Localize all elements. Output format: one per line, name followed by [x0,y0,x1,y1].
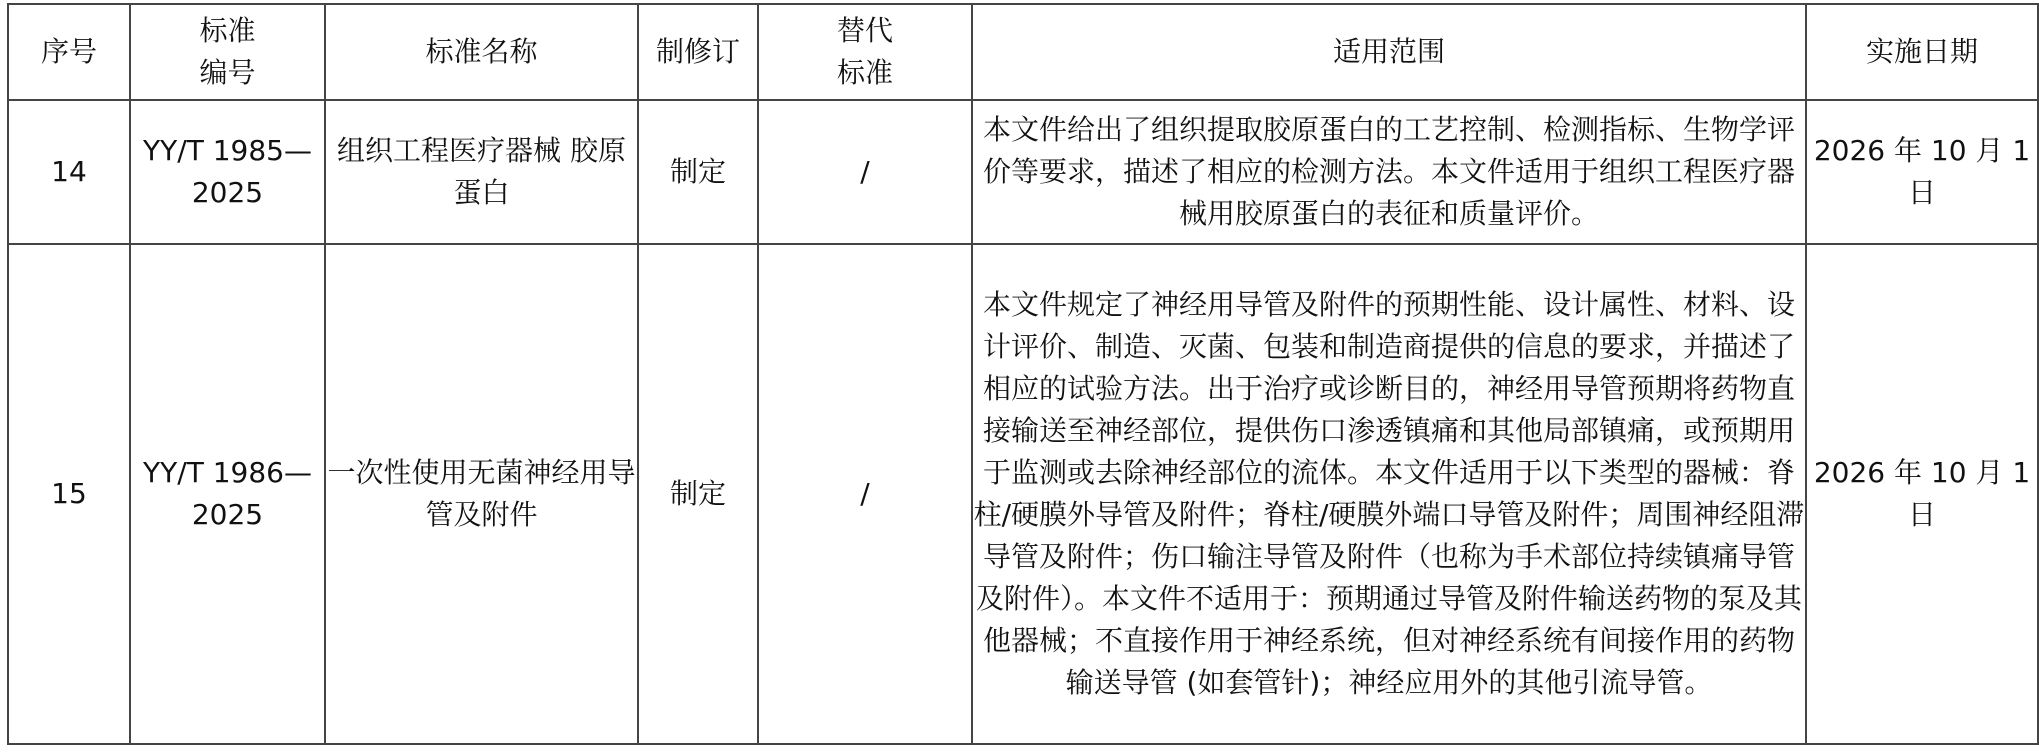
cell-scope: 本文件规定了神经用导管及附件的预期性能、设计属性、材料、设计评价、制造、灭菌、包… [972,244,1806,744]
header-effective-date: 实施日期 [1806,4,2038,100]
cell-code-line1: YY/T 1986— [131,452,324,494]
header-revision-type: 制修订 [638,4,758,100]
cell-code: YY/T 1986— 2025 [130,244,325,744]
cell-code: YY/T 1985— 2025 [130,100,325,244]
standards-table: 序号 标准 编号 标准名称 制修订 替代 标准 适用范围 实施日期 14 YY/… [7,3,2039,745]
header-code-line2: 编号 [131,52,324,94]
cell-effective-date: 2026 年 10 月 1 日 [1806,244,2038,744]
header-name: 标准名称 [325,4,638,100]
cell-name: 组织工程医疗器械 胶原蛋白 [325,100,638,244]
header-code-line1: 标准 [131,10,324,52]
table-row: 14 YY/T 1985— 2025 组织工程医疗器械 胶原蛋白 制定 / 本文… [8,100,2038,244]
cell-scope: 本文件给出了组织提取胶原蛋白的工艺控制、检测指标、生物学评价等要求，描述了相应的… [972,100,1806,244]
header-code: 标准 编号 [130,4,325,100]
header-seq: 序号 [8,4,130,100]
cell-revision-type: 制定 [638,100,758,244]
cell-effective-date: 2026 年 10 月 1 日 [1806,100,2038,244]
cell-seq: 14 [8,100,130,244]
cell-name: 一次性使用无菌神经用导管及附件 [325,244,638,744]
cell-replaced: / [758,244,972,744]
header-replaced-line2: 标准 [759,52,971,94]
header-replaced-line1: 替代 [759,10,971,52]
cell-code-line1: YY/T 1985— [131,130,324,172]
header-scope: 适用范围 [972,4,1806,100]
header-row: 序号 标准 编号 标准名称 制修订 替代 标准 适用范围 实施日期 [8,4,2038,100]
cell-seq: 15 [8,244,130,744]
cell-replaced: / [758,100,972,244]
cell-code-line2: 2025 [131,172,324,214]
table-row: 15 YY/T 1986— 2025 一次性使用无菌神经用导管及附件 制定 / … [8,244,2038,744]
header-replaced: 替代 标准 [758,4,972,100]
cell-code-line2: 2025 [131,494,324,536]
cell-revision-type: 制定 [638,244,758,744]
